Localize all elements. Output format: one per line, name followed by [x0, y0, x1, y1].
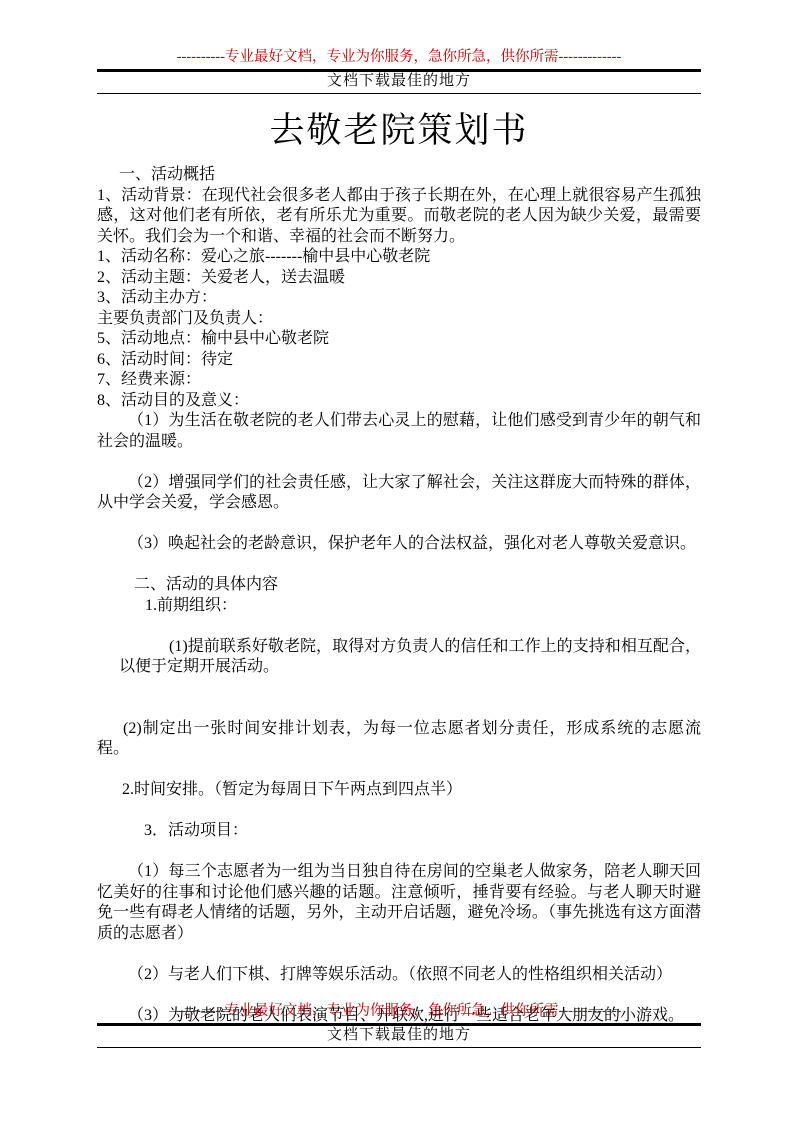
- blank-line: [97, 842, 701, 863]
- paragraph: 二、活动的具体内容: [97, 575, 701, 596]
- blank-line: [97, 678, 701, 699]
- paragraph: （3）唤起社会的老龄意识，保护老年人的合法权益，强化对老人尊敬关爱意识。: [97, 534, 701, 555]
- paragraph: 一、活动概括: [97, 165, 701, 186]
- paragraph: (1)提前联系好敬老院，取得对方负责人的信任和工作上的支持和相互配合，以便于定期…: [119, 637, 701, 678]
- footer-promo-text: ----------专业最好文档，专业为你服务，急你所急，供你所需-------…: [97, 1002, 701, 1020]
- footer-banner-text: 文档下载最佳的地方: [97, 1026, 701, 1045]
- paragraph: 6、活动时间：待定: [97, 350, 701, 371]
- paragraph: 主要负责部门及负责人：: [97, 309, 701, 330]
- paragraph: 1、活动名称：爱心之旅-------榆中县中心敬老院: [97, 247, 701, 268]
- blank-line: [97, 944, 701, 965]
- document-content: ----------专业最好文档，专业为你服务，急你所急，供你所需-------…: [97, 0, 701, 1026]
- paragraph: 3．活动项目：: [97, 821, 701, 842]
- footer-rule-thin: [97, 1047, 701, 1048]
- paragraph: （1）每三个志愿者为一组为当日独自待在房间的空巢老人做家务，陪老人聊天回忆美好的…: [97, 862, 701, 944]
- paragraph: 1.前期组织：: [97, 596, 701, 617]
- paragraph: (2)制定出一张时间安排计划表，为每一位志愿者划分责任，形成系统的志愿流程。: [97, 719, 701, 760]
- blank-line: [97, 698, 701, 719]
- blank-line: [97, 555, 701, 576]
- blank-line: [97, 760, 701, 781]
- document-page: ----------专业最好文档，专业为你服务，急你所急，供你所需-------…: [0, 0, 794, 1123]
- paragraph: 5、活动地点：榆中县中心敬老院: [97, 329, 701, 350]
- paragraph: （1）为生活在敬老院的老人们带去心灵上的慰藉，让他们感受到青少年的朝气和社会的温…: [97, 411, 701, 452]
- paragraph: 2、活动主题：关爱老人，送去温暖: [97, 268, 701, 289]
- paragraph: 3、活动主办方：: [97, 288, 701, 309]
- document-title: 去敬老院策划书: [97, 107, 701, 155]
- document-body: 一、活动概括1、活动背景：在现代社会很多老人都由于孩子长期在外，在心理上就很容易…: [97, 165, 701, 1026]
- header-promo-text: ----------专业最好文档，专业为你服务，急你所急，供你所需-------…: [97, 48, 701, 66]
- blank-line: [97, 514, 701, 535]
- paragraph: （2）增强同学们的社会责任感，让大家了解社会，关注这群庞大而特殊的群体，从中学会…: [97, 473, 701, 514]
- paragraph: 2.时间安排。（暂定为每周日下午两点到四点半）: [97, 780, 701, 801]
- paragraph: （2）与老人们下棋、打牌等娱乐活动。（依照不同老人的性格组织相关活动）: [97, 965, 701, 986]
- header-rule-thin: [97, 93, 701, 94]
- header-banner-text: 文档下载最佳的地方: [97, 72, 701, 91]
- blank-line: [97, 452, 701, 473]
- blank-line: [97, 801, 701, 822]
- paragraph: 8、活动目的及意义：: [97, 391, 701, 412]
- paragraph: 1、活动背景：在现代社会很多老人都由于孩子长期在外，在心理上就很容易产生孤独感，…: [97, 186, 701, 248]
- document-header: ----------专业最好文档，专业为你服务，急你所急，供你所需-------…: [97, 48, 701, 94]
- paragraph: 7、经费来源：: [97, 370, 701, 391]
- document-footer: ----------专业最好文档，专业为你服务，急你所急，供你所需-------…: [97, 1002, 701, 1048]
- blank-line: [97, 616, 701, 637]
